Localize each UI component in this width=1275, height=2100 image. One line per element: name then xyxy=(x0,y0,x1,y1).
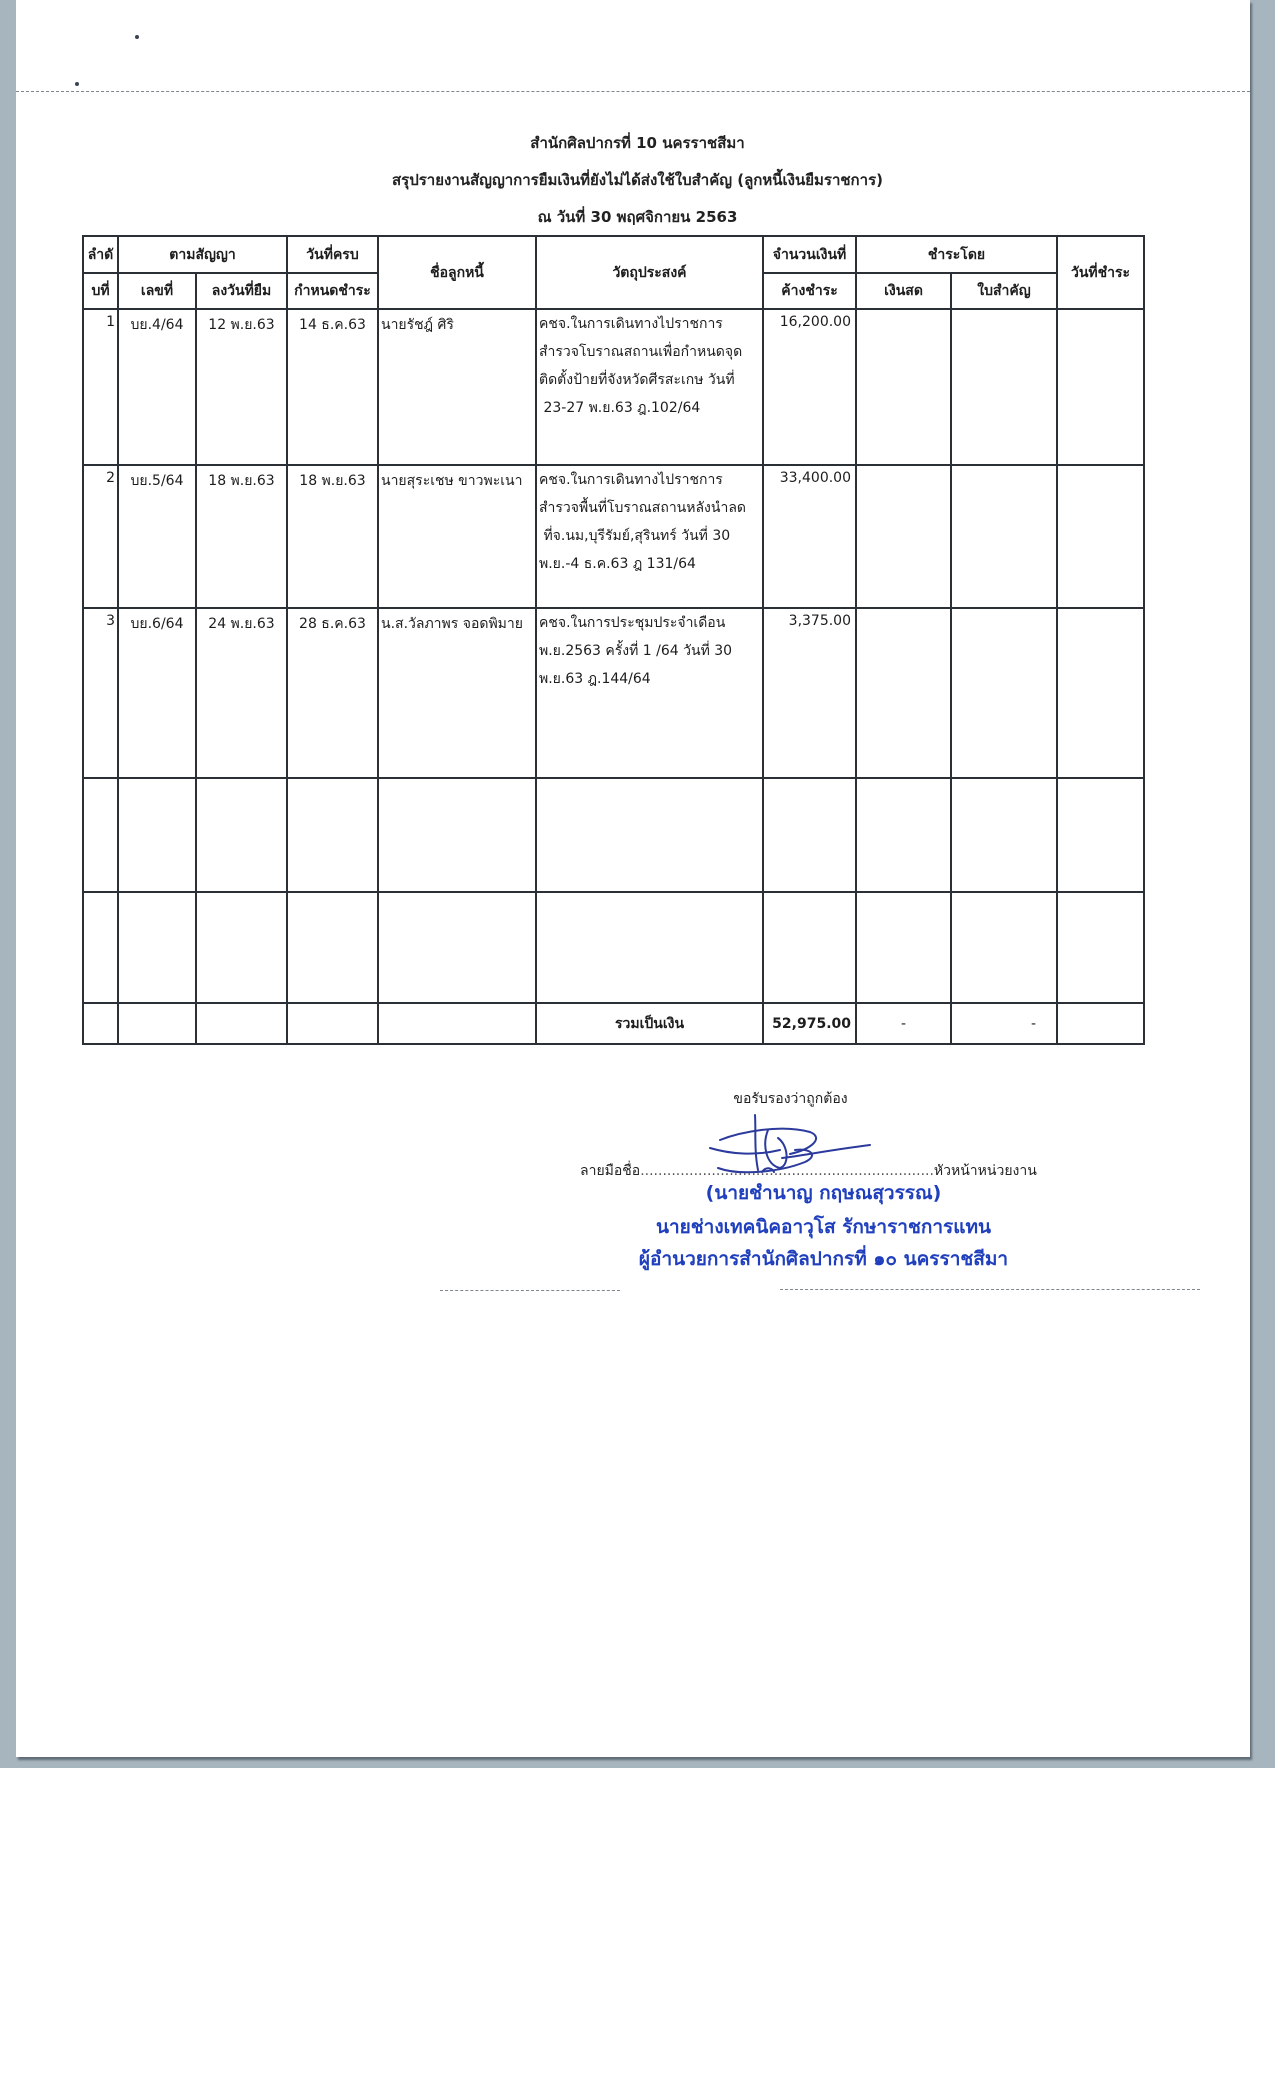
row-debtor: น.ส.วัลภาพร จอดพิมาย xyxy=(378,608,536,778)
header-contract-group: ตามสัญญา xyxy=(118,236,287,273)
empty-cell xyxy=(378,1003,536,1044)
header-seq-line2: บที่ xyxy=(83,273,118,309)
row-contract-no: บย.5/64 xyxy=(118,465,196,608)
empty-cell xyxy=(763,778,856,892)
total-cash: - xyxy=(856,1003,951,1044)
empty-cell xyxy=(856,892,951,1003)
row-purpose: คชจ.ในการเดินทางไปราชการสำรวจพื้นที่โบรา… xyxy=(536,465,763,608)
empty-cell xyxy=(951,892,1057,1003)
row-due-date: 14 ธ.ค.63 xyxy=(287,309,378,465)
empty-cell xyxy=(378,892,536,1003)
row-due-date: 28 ธ.ค.63 xyxy=(287,608,378,778)
empty-cell xyxy=(1057,778,1144,892)
header-receipt: ใบสำคัญ xyxy=(951,273,1057,309)
empty-cell xyxy=(118,892,196,1003)
header-due-line2: กำหนดชำระ xyxy=(287,273,378,309)
empty-cell xyxy=(763,892,856,1003)
header-paid-by-group: ชำระโดย xyxy=(856,236,1057,273)
empty-cell xyxy=(951,778,1057,892)
total-amount: 52,975.00 xyxy=(763,1003,856,1044)
empty-cell xyxy=(83,1003,118,1044)
empty-cell xyxy=(196,892,287,1003)
signer-position: นายช่างเทคนิคอาวุโส รักษาราชการแทน xyxy=(0,1212,1275,1242)
report-title: สรุปรายงานสัญญาการยืมเงินที่ยังไม่ได้ส่ง… xyxy=(0,168,1275,192)
header-amount-line2: ค้างชำระ xyxy=(763,273,856,309)
header-purpose: วัตถุประสงค์ xyxy=(536,236,763,309)
empty-cell xyxy=(287,1003,378,1044)
empty-cell xyxy=(83,892,118,1003)
row-seq: 1 xyxy=(83,309,118,465)
row-borrow-date: 18 พ.ย.63 xyxy=(196,465,287,608)
row-debtor: นายสุระเชษ ขาวพะเนา xyxy=(378,465,536,608)
empty-cell xyxy=(378,778,536,892)
signer-acting-title: ผู้อำนวยการสำนักศิลปากรที่ ๑๐ นครราชสีมา xyxy=(0,1244,1275,1274)
row-debtor: นายรัชฎ์ ศิริ xyxy=(378,309,536,465)
empty-cell xyxy=(1057,892,1144,1003)
row-purpose: คชจ.ในการประชุมประจำเดือนพ.ย.2563 ครั้งท… xyxy=(536,608,763,778)
row-borrow-date: 12 พ.ย.63 xyxy=(196,309,287,465)
header-due-line1: วันที่ครบ xyxy=(287,236,378,273)
signer-name: (นายชำนาญ กฤษณสุวรรณ) xyxy=(0,1178,1275,1208)
fold-line-top xyxy=(16,91,1250,92)
empty-cell xyxy=(536,778,763,892)
empty-cell xyxy=(196,778,287,892)
empty-cell xyxy=(118,1003,196,1044)
scan-speck xyxy=(75,82,79,86)
total-receipt: - xyxy=(951,1003,1057,1044)
row-receipt xyxy=(951,465,1057,608)
row-amount: 33,400.00 xyxy=(763,465,856,608)
row-purpose: คชจ.ในการเดินทางไปราชการสำรวจโบราณสถานเพ… xyxy=(536,309,763,465)
header-borrow-date: ลงวันที่ยืม xyxy=(196,273,287,309)
row-cash xyxy=(856,608,951,778)
empty-cell xyxy=(287,778,378,892)
empty-cell xyxy=(536,892,763,1003)
table-row: 1บย.4/6412 พ.ย.6314 ธ.ค.63นายรัชฎ์ ศิริค… xyxy=(83,309,1144,465)
fold-line-bottom xyxy=(440,1290,620,1291)
row-paid-date xyxy=(1057,608,1144,778)
empty-cell xyxy=(118,778,196,892)
row-paid-date xyxy=(1057,309,1144,465)
scan-speck xyxy=(135,35,139,39)
row-receipt xyxy=(951,309,1057,465)
table-row: 3บย.6/6424 พ.ย.6328 ธ.ค.63น.ส.วัลภาพร จอ… xyxy=(83,608,1144,778)
empty-cell xyxy=(287,892,378,1003)
header-seq: ลำดั xyxy=(83,236,118,273)
table-row: 2บย.5/6418 พ.ย.6318 พ.ย.63นายสุระเชษ ขาว… xyxy=(83,465,1144,608)
row-borrow-date: 24 พ.ย.63 xyxy=(196,608,287,778)
total-paid-date xyxy=(1057,1003,1144,1044)
row-seq: 2 xyxy=(83,465,118,608)
empty-row xyxy=(83,778,1144,892)
row-amount: 3,375.00 xyxy=(763,608,856,778)
row-cash xyxy=(856,465,951,608)
row-receipt xyxy=(951,608,1057,778)
row-seq: 3 xyxy=(83,608,118,778)
row-cash xyxy=(856,309,951,465)
total-row: รวมเป็นเงิน52,975.00-- xyxy=(83,1003,1144,1044)
certification-text: ขอรับรองว่าถูกต้อง xyxy=(0,1088,1275,1110)
header-cash: เงินสด xyxy=(856,273,951,309)
total-label: รวมเป็นเงิน xyxy=(536,1003,763,1044)
loan-report-table: ลำดั ตามสัญญา วันที่ครบ ชื่อลูกหนี้ วัตถ… xyxy=(82,235,1145,1045)
row-due-date: 18 พ.ย.63 xyxy=(287,465,378,608)
empty-cell xyxy=(196,1003,287,1044)
empty-cell xyxy=(856,778,951,892)
header-debtor: ชื่อลูกหนี้ xyxy=(378,236,536,309)
header-paid-date: วันที่ชำระ xyxy=(1057,236,1144,309)
header-amount-line1: จำนวนเงินที่ xyxy=(763,236,856,273)
row-contract-no: บย.4/64 xyxy=(118,309,196,465)
report-date: ณ วันที่ 30 พฤศจิกายน 2563 xyxy=(0,205,1275,229)
row-amount: 16,200.00 xyxy=(763,309,856,465)
fold-line-bottom xyxy=(780,1289,1200,1290)
row-paid-date xyxy=(1057,465,1144,608)
row-contract-no: บย.6/64 xyxy=(118,608,196,778)
office-title: สำนักศิลปากรที่ 10 นครราชสีมา xyxy=(0,131,1275,155)
empty-cell xyxy=(83,778,118,892)
empty-row xyxy=(83,892,1144,1003)
header-contract-no: เลขที่ xyxy=(118,273,196,309)
